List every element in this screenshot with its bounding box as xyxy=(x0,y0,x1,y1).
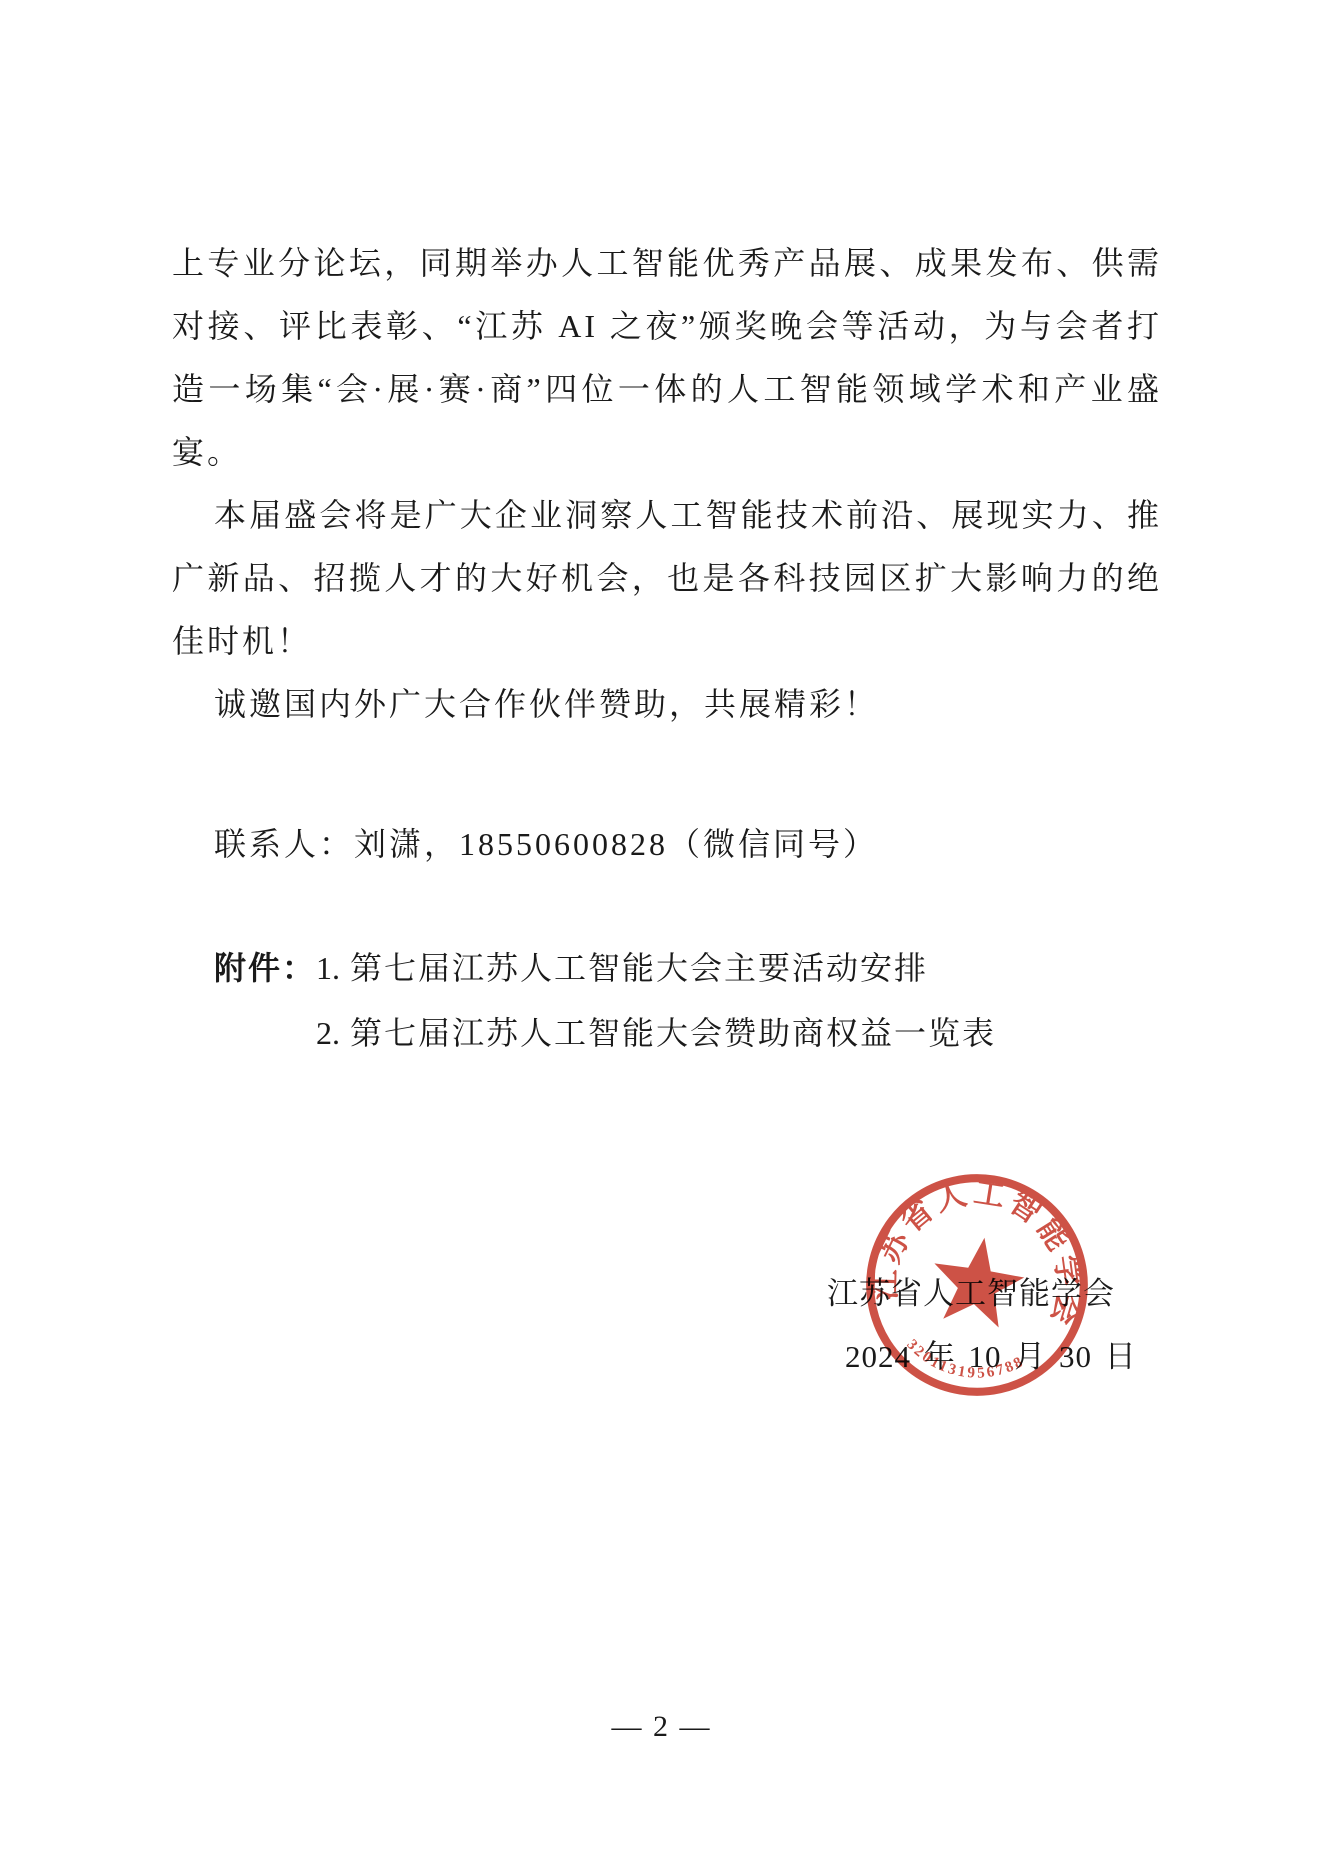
attachments-label: 附件： xyxy=(214,936,316,1066)
contact-line: 联系人：刘潇，18550600828（微信同号） xyxy=(172,813,1162,876)
seal-serial-number: 3201131956788 xyxy=(900,1334,1030,1390)
official-seal: 江苏省人工智能学会 3201131956788 xyxy=(857,1165,1097,1405)
attachment-title: 第七届江苏人工智能大会赞助商权益一览表 xyxy=(350,1001,996,1066)
body-text: 上专业分论坛，同期举办人工智能优秀产品展、成果发布、供需对接、评比表彰、“江苏 … xyxy=(172,232,1162,1066)
attachment-number: 2. xyxy=(316,1001,350,1066)
attachment-number: 1. xyxy=(316,936,350,1001)
attachment-title: 第七届江苏人工智能大会主要活动安排 xyxy=(350,936,928,1001)
attachments-list: 1. 第七届江苏人工智能大会主要活动安排 2. 第七届江苏人工智能大会赞助商权益… xyxy=(316,936,996,1066)
svg-text:3201131956788: 3201131956788 xyxy=(900,1334,1030,1390)
body-paragraph: 诚邀国内外广大合作伙伴赞助，共展精彩！ xyxy=(172,673,1162,736)
body-paragraph: 本届盛会将是广大企业洞察人工智能技术前沿、展现实力、推广新品、招揽人才的大好机会… xyxy=(172,484,1162,673)
attachment-item: 2. 第七届江苏人工智能大会赞助商权益一览表 xyxy=(316,1001,996,1066)
attachment-item: 1. 第七届江苏人工智能大会主要活动安排 xyxy=(316,936,996,1001)
page-number: — 2 — xyxy=(0,1710,1323,1744)
body-paragraph: 上专业分论坛，同期举办人工智能优秀产品展、成果发布、供需对接、评比表彰、“江苏 … xyxy=(172,232,1162,484)
document-page: 上专业分论坛，同期举办人工智能优秀产品展、成果发布、供需对接、评比表彰、“江苏 … xyxy=(0,0,1323,1871)
star-icon xyxy=(926,1231,1029,1331)
attachments-block: 附件： 1. 第七届江苏人工智能大会主要活动安排 2. 第七届江苏人工智能大会赞… xyxy=(172,936,1162,1066)
